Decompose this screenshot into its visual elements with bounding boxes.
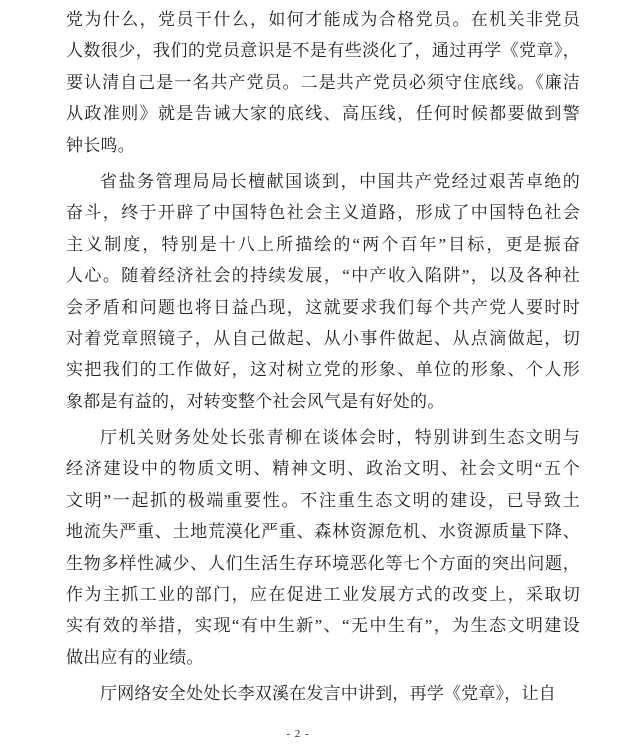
text-line: 实把我们的工作做好，这对树立党的形象、单位的形象、个人形: [66, 354, 580, 385]
text-line: 省盐务管理局局长檀献国谈到，中国共产党经过艰苦卓绝的: [66, 166, 580, 197]
text-line: 人心。随着经济社会的持续发展，“中产收入陷阱”，以及各种社: [66, 260, 580, 291]
text-line: 实有效的举措，实现“有中生新”、“无中生有”，为生态文明建设: [66, 610, 580, 641]
text-line: 人数很少，我们的党员意识是不是有些淡化了，通过再学《党章》，: [66, 35, 580, 66]
text-line: 文明”一起抓的极端重要性。不注重生态文明的建设，已导致土: [66, 485, 580, 516]
paragraph: 党为什么，党员干什么，如何才能成为合格党员。在机关非党员 人数很少，我们的党员意…: [66, 4, 580, 161]
text-line: 地流失严重、土地荒漠化严重、森林资源危机、水资源质量下降、: [66, 516, 580, 547]
text-line: 生物多样性减少、人们生活生存环境恶化等七个方面的突出问题，: [66, 548, 580, 579]
document-page: 党为什么，党员干什么，如何才能成为合格党员。在机关非党员 人数很少，我们的党员意…: [0, 0, 630, 749]
text-line: 奋斗，终于开辟了中国特色社会主义道路，形成了中国特色社会: [66, 197, 580, 228]
text-line: 会矛盾和问题也将日益凸现，这就要求我们每个共产党人要时时: [66, 292, 580, 323]
text-line: 对着党章照镜子，从自己做起、从小事件做起、从点滴做起，切: [66, 323, 580, 354]
paragraph: 省盐务管理局局长檀献国谈到，中国共产党经过艰苦卓绝的 奋斗，终于开辟了中国特色社…: [66, 166, 580, 417]
paragraph: 厅网络安全处处长李双溪在发言中讲到，再学《党章》，让自: [66, 678, 580, 709]
text-line: 党为什么，党员干什么，如何才能成为合格党员。在机关非党员: [66, 4, 580, 35]
paragraph: 厅机关财务处处长张青柳在谈体会时，特别讲到生态文明与 经济建设中的物质文明、精神…: [66, 422, 580, 673]
text-line: 厅网络安全处处长李双溪在发言中讲到，再学《党章》，让自: [66, 678, 580, 709]
text-line: 主义制度，特别是十八上所描绘的“两个百年”目标，更是振奋: [66, 229, 580, 260]
text-line: 厅机关财务处处长张青柳在谈体会时，特别讲到生态文明与: [66, 422, 580, 453]
text-line: 经济建设中的物质文明、精神文明、政治文明、社会文明“五个: [66, 453, 580, 484]
document-body: 党为什么，党员干什么，如何才能成为合格党员。在机关非党员 人数很少，我们的党员意…: [66, 4, 580, 710]
text-line: 做出应有的业绩。: [66, 642, 580, 673]
text-line: 作为主抓工业的部门，应在促进工业发展方式的改变上，采取切: [66, 579, 580, 610]
text-line: 钟长鸣。: [66, 130, 580, 161]
page-number: - 2 -: [0, 728, 596, 740]
text-line: 从政准则》就是告诫大家的底线、高压线，任何时候都要做到警: [66, 98, 580, 129]
text-line: 象都是有益的，对转变整个社会风气是有好处的。: [66, 386, 580, 417]
text-line: 要认清自己是一名共产党员。二是共产党员必须守住底线。《廉洁: [66, 67, 580, 98]
